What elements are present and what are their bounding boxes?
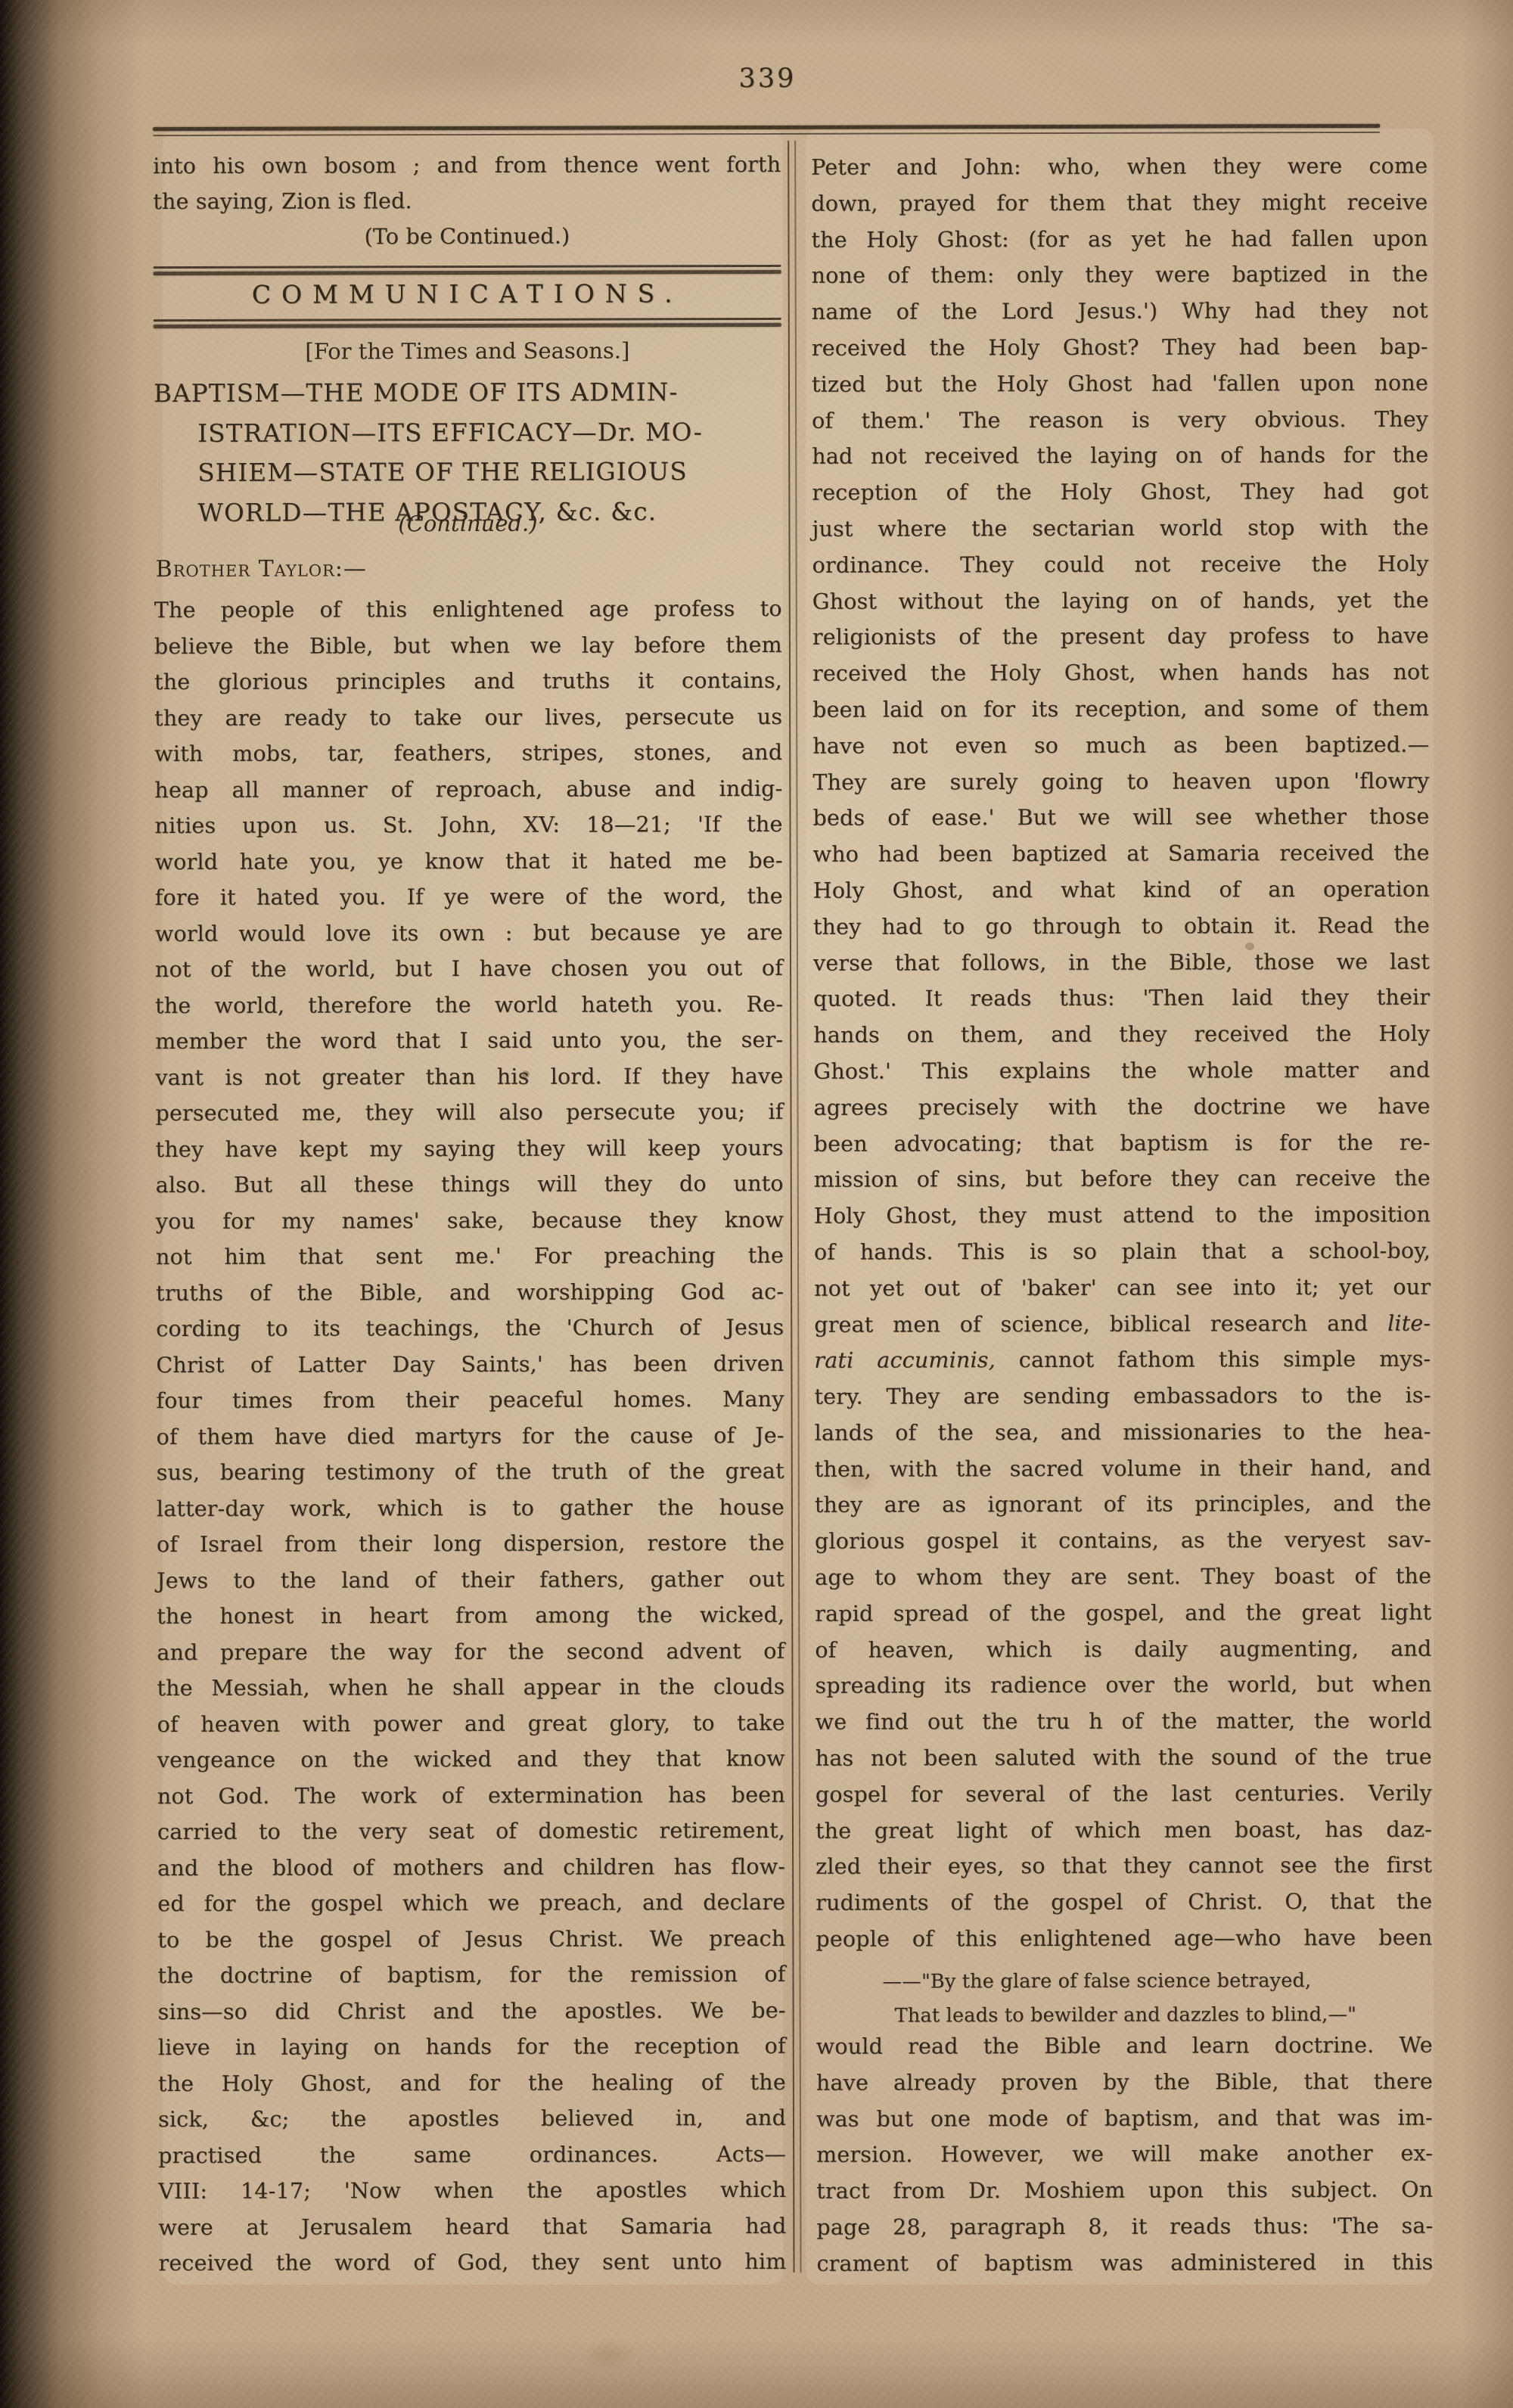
text-line: They are surely going to heaven upon 'fl…	[812, 763, 1429, 800]
text-line: ordinance. They could not receive the Ho…	[812, 545, 1429, 583]
left-body-text: The people of this enlightened age profe…	[154, 591, 787, 2282]
text-line: been laid on for its reception, and some…	[812, 691, 1429, 729]
continued-note: (Continued.)	[154, 510, 781, 537]
text-line: they had to go through to obtain it. Rea…	[813, 907, 1430, 945]
text-line: none of them: only they were baptized in…	[812, 256, 1428, 294]
rule-line	[153, 132, 1380, 136]
text-line: also. But all these things will they do …	[156, 1166, 784, 1204]
divider-line	[788, 141, 794, 2273]
text-line: they have kept my saying they will keep …	[156, 1129, 784, 1167]
text-line: rudiments of the gospel of Christ. O, th…	[816, 1884, 1432, 1922]
article-attribution: [For the Times and Seasons.]	[154, 337, 781, 365]
text-line: the saying, Zion is fled.	[153, 182, 781, 220]
text-line: glorious gospel it contains, as the very…	[815, 1522, 1431, 1560]
text-line: with mobs, tar, feathers, stripes, stone…	[154, 735, 782, 772]
text-line: tract from Dr. Moshiem upon this subject…	[816, 2172, 1433, 2210]
text-line: not him that sent me.' For preaching the	[156, 1238, 784, 1275]
text-line: mersion. However, we will make another e…	[816, 2136, 1433, 2173]
text-line: gospel for several of the last centuries…	[816, 1776, 1432, 1813]
text-line: who had been baptized at Samaria receive…	[813, 835, 1430, 873]
text-line: received the Holy Ghost, when hands has …	[812, 654, 1429, 692]
text-line: Ghost without the laying on of hands, ye…	[812, 582, 1429, 620]
text-line: nities upon us. St. John, XV: 18—21; 'If…	[154, 806, 782, 844]
text-line: has not been saluted with the sound of t…	[816, 1739, 1432, 1777]
text-line: ISTRATION—ITS EFFICACY—Dr. MO-	[154, 412, 781, 453]
text-line: beds of ease.' But we will see whether t…	[812, 799, 1429, 837]
text-line: the world, therefore the world hateth yo…	[155, 986, 783, 1024]
text-line: BAPTISM—THE MODE OF ITS ADMIN-	[154, 372, 781, 414]
divider-line	[794, 141, 801, 2273]
text-line: religionists of the present day profess …	[812, 618, 1429, 656]
text-line: heap all manner of reproach, abuse and i…	[154, 770, 782, 808]
column-divider-rule	[788, 141, 803, 2273]
text-line: rati accuminis, cannot fathom this simpl…	[814, 1341, 1431, 1379]
text-line: not yet out of 'baker' can see into it; …	[814, 1269, 1431, 1307]
rule-line	[153, 124, 1380, 131]
text-line: agrees precisely with the doctrine we ha…	[813, 1088, 1430, 1126]
section-rule-lower	[154, 318, 781, 328]
printed-content: 339 into his own bosom ; and from thence…	[0, 0, 1513, 2408]
section-heading: COMMUNICATIONS.	[154, 278, 781, 309]
text-line: the Holy Ghost: (for as yet he had falle…	[811, 220, 1428, 258]
text-line: page 28, paragraph 8, it reads thus: 'Th…	[816, 2208, 1433, 2246]
text-line: persecuted me, they will also persecute …	[155, 1094, 783, 1132]
text-line: VIII: 14-17; 'Now when the apostles whic…	[158, 2172, 786, 2210]
text-line: rapid spread of the gospel, and the grea…	[815, 1595, 1431, 1633]
section-rule-upper	[154, 265, 781, 275]
text-line: four times from their peaceful homes. Ma…	[156, 1381, 784, 1419]
text-line: Christ of Latter Day Saints,' has been d…	[156, 1345, 784, 1383]
text-line: believe the Bible, but when we lay befor…	[154, 626, 782, 664]
text-line: cording to its teachings, the 'Church of…	[156, 1310, 784, 1347]
text-line: sick, &c; the apostles believed in, and	[158, 2100, 786, 2138]
text-line: spreading its radience over the world, b…	[815, 1667, 1431, 1704]
text-line: of them.' The reason is very obvious. Th…	[812, 401, 1428, 439]
text-line: Holy Ghost, they must attend to the impo…	[814, 1197, 1431, 1235]
text-line: to be the gospel of Jesus Christ. We pre…	[157, 1920, 785, 1958]
right-body-text-upper: Peter and John: who, when they were come…	[811, 148, 1432, 1958]
quoted-verse: ——"By the glare of false science betraye…	[816, 1964, 1432, 2034]
text-line: ed for the gospel which we preach, and d…	[157, 1884, 785, 1922]
text-line: member the word that I said unto you, th…	[155, 1022, 783, 1060]
text-line: have already proven by the Bible, that t…	[816, 2063, 1433, 2101]
text-line: been advocating; that baptism is for the…	[814, 1124, 1431, 1162]
text-line: received the Holy Ghost? They had been b…	[812, 329, 1428, 367]
text-line: the doctrine of baptism, for the remissi…	[157, 1956, 785, 1994]
text-line: have not even so much as been baptized.—	[812, 726, 1429, 764]
text-line: had not received the laying on of hands …	[812, 437, 1428, 475]
text-line: the honest in heart from among the wicke…	[157, 1597, 784, 1635]
text-line: and the blood of mothers and children ha…	[157, 1848, 785, 1886]
text-line: you for my names' sake, because they kno…	[156, 1201, 784, 1239]
text-line: vant is not greater than his lord. If th…	[155, 1058, 783, 1095]
text-line: Jews to the land of their fathers, gathe…	[157, 1561, 784, 1599]
text-line: ——"By the glare of false science betraye…	[816, 1964, 1432, 1999]
salutation: Brother Taylor:—	[156, 555, 367, 583]
text-line: carried to the very seat of domestic ret…	[157, 1813, 785, 1850]
text-line: and prepare the way for the second adven…	[157, 1633, 784, 1670]
text-line: of hands. This is so plain that a school…	[814, 1233, 1431, 1271]
text-line: truths of the Bible, and worshipping God…	[156, 1273, 784, 1311]
text-line: name of the Lord Jesus.') Why had they n…	[812, 293, 1428, 331]
article-title: BAPTISM—THE MODE OF ITS ADMIN-ISTRATION—…	[154, 372, 782, 533]
text-line: down, prayed for them that they might re…	[811, 184, 1428, 222]
top-double-rule	[153, 124, 1380, 138]
text-line: received the word of God, they sent unto…	[158, 2244, 786, 2282]
text-line: of them have died martyrs for the cause …	[157, 1417, 784, 1455]
text-line: they are ready to take our lives, persec…	[154, 698, 782, 736]
text-line: reception of the Holy Ghost, They had go…	[812, 474, 1428, 511]
text-line: fore it hated you. If ye were of the wor…	[155, 878, 783, 916]
text-line: the Holy Ghost, and for the healing of t…	[158, 2064, 786, 2102]
text-line: crament of baptism was administered in t…	[816, 2244, 1433, 2282]
text-line: we find out the tru h of the matter, the…	[816, 1703, 1432, 1741]
text-line: just where the sectarian world stop with…	[812, 510, 1428, 548]
text-line: tized but the Holy Ghost had 'fallen upo…	[812, 365, 1428, 402]
text-line: the great light of which men boast, has …	[816, 1811, 1432, 1849]
text-line: lieve in laying on hands for the recepti…	[158, 2028, 786, 2066]
text-line: tery. They are sending embassadors to th…	[814, 1378, 1431, 1415]
text-line: verse that follows, in the Bible, those …	[813, 943, 1430, 981]
text-line: vengeance on the wicked and they that kn…	[157, 1741, 785, 1779]
text-line: sins—so did Christ and the apostles. We …	[158, 1992, 786, 2030]
previous-article-last-line: the saying, Zion is fled.	[153, 182, 781, 220]
text-line: practised the same ordinances. Acts—	[158, 2136, 786, 2173]
text-line: zled their eyes, so that they cannot see…	[816, 1847, 1432, 1885]
text-line: latter-day work, which is to gather the …	[157, 1489, 784, 1527]
previous-article-ending: into his own bosom ; and from thence wen…	[153, 147, 781, 185]
text-line: into his own bosom ; and from thence wen…	[153, 147, 781, 185]
rule-line	[154, 318, 781, 322]
rule-line	[154, 265, 781, 269]
text-line: the Messiah, when he shall appear in the…	[157, 1669, 784, 1707]
text-line: hands on them, and they received the Hol…	[813, 1016, 1430, 1054]
text-line: sus, bearing testimony of the truth of t…	[157, 1453, 784, 1491]
text-line: of heaven, which is daily augmenting, an…	[815, 1630, 1431, 1668]
text-line: the glorious principles and truths it co…	[154, 663, 782, 701]
text-line: of Israel from their long dispersion, re…	[157, 1525, 784, 1563]
rule-line	[154, 270, 781, 275]
text-line: of heaven with power and great glory, to…	[157, 1704, 785, 1742]
text-line: SHIEM—STATE OF THE RELIGIOUS	[154, 452, 781, 493]
text-line: Ghost.' This explains the whole matter a…	[813, 1052, 1430, 1090]
text-line: people of this enlightened age—who have …	[816, 1920, 1432, 1958]
rule-line	[154, 323, 781, 328]
to-be-continued-note: (To be Continued.)	[153, 218, 781, 256]
scanned-newspaper-page: { "page_number": "339", "left_column": {…	[0, 0, 1513, 2408]
text-line: world hate you, ye know that it hated me…	[155, 842, 783, 880]
text-line: were at Jerusalem heard that Samaria had	[158, 2208, 786, 2245]
text-line: they are as ignorant of its principles, …	[815, 1486, 1431, 1524]
text-line: was but one mode of baptism, and that wa…	[816, 2099, 1433, 2137]
text-line: not of the world, but I have chosen you …	[155, 950, 783, 988]
text-line: (To be Continued.)	[153, 218, 781, 256]
text-line: world would love its own : but because y…	[155, 914, 783, 952]
text-line: lands of the sea, and missionaries to th…	[815, 1414, 1431, 1452]
right-body-text-lower: would read the Bible and learn doctrine.…	[816, 2027, 1434, 2282]
text-line: mission of sins, but before they can rec…	[814, 1161, 1431, 1198]
text-line: quoted. It reads thus: 'Then laid they t…	[813, 980, 1430, 1018]
text-line: The people of this enlightened age profe…	[154, 591, 782, 629]
text-line: Peter and John: who, when they were come	[811, 148, 1428, 186]
text-line: great men of science, biblical research …	[814, 1305, 1431, 1343]
page-number: 339	[153, 62, 1382, 95]
text-line: Holy Ghost, and what kind of an operatio…	[813, 872, 1430, 909]
text-line: age to whom they are sent. They boast of…	[815, 1558, 1431, 1596]
text-line: then, with the sacred volume in their ha…	[815, 1449, 1431, 1487]
text-line: not God. The work of extermination has b…	[157, 1776, 785, 1814]
text-line: would read the Bible and learn doctrine.…	[816, 2027, 1433, 2065]
